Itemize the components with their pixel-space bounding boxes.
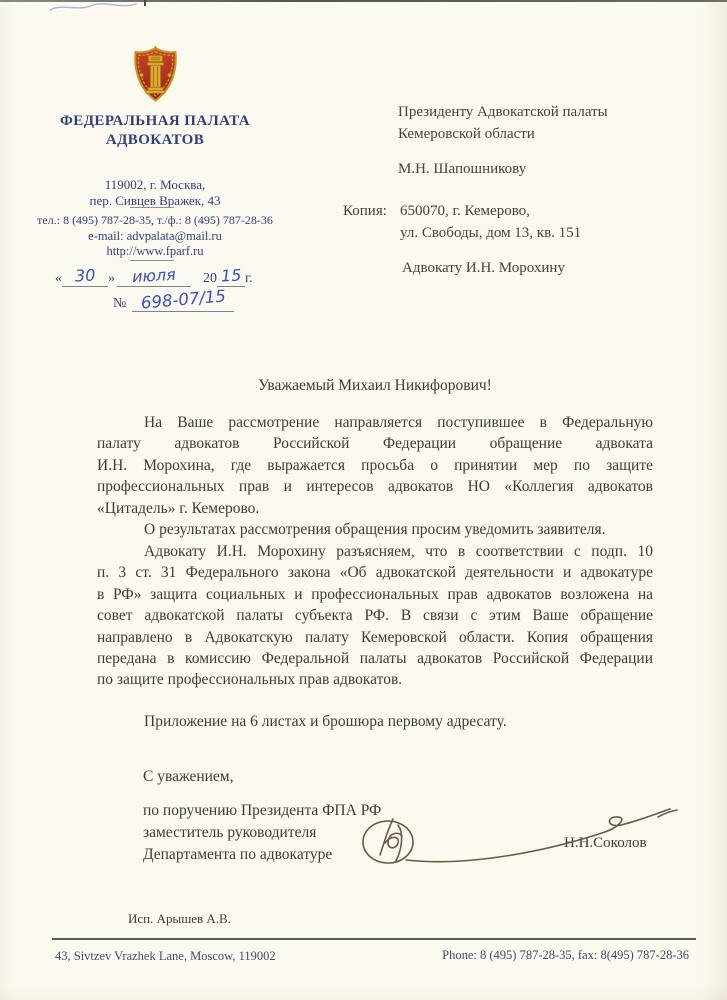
salutation: Уважаемый Михаил Никифорович! (97, 377, 653, 395)
copy-address-line1: 650070, г. Кемерово, (400, 203, 530, 220)
paragraph1-line: «Цитадель» г. Кемерово. (97, 498, 653, 519)
paragraph3-line: в РФ» защита социальных и профессиональн… (97, 584, 653, 605)
signer-title-line3: Департамента по адвокатуре (143, 844, 381, 866)
paragraph1-line: На Ваше рассмотрение направляется поступ… (97, 412, 653, 433)
paragraph3-line: Адвокату И.Н. Морохину разъясняем, что в… (97, 541, 653, 562)
date-day-blank: 30 (62, 266, 108, 287)
executor-line: Исп. Арышев А.В. (128, 911, 231, 927)
date-close-quote: » (108, 271, 115, 287)
footer-phone-en: Phone: 8 (495) 787-28-35, fax: 8(495) 78… (442, 948, 689, 963)
paragraph1-line: И.Н. Морохина, где выражается просьба о … (97, 455, 653, 476)
date-month-blank: июля (117, 266, 191, 287)
recipient-name: М.Н. Шапошникову (398, 161, 526, 178)
paragraph3-line: по защите профессиональных прав адвокато… (97, 669, 653, 690)
handwritten-month: июля (132, 265, 177, 286)
paragraph1-line: палату адвокатов Российской Федерации об… (97, 433, 653, 454)
letterhead-address-line1: 119002, г. Москва, (30, 177, 280, 193)
paragraph3-line: направлено в Адвокатскую палату Кемеровс… (97, 627, 653, 648)
letterhead-contacts: тел.: 8 (495) 787-28-35, т./ф.: 8 (495) … (22, 213, 288, 260)
letterhead-phone: тел.: 8 (495) 787-28-35, т./ф.: 8 (495) … (22, 213, 288, 229)
paragraph1-line: профессиональных прав и интересов адвока… (97, 476, 653, 497)
signature-autograph (358, 803, 680, 881)
footer-address-en: 43, Sivtzev Vrazhek Lane, Moscow, 119002 (55, 949, 276, 964)
date-year-blank: 15 (217, 266, 245, 287)
scan-top-tick (144, 0, 146, 6)
org-name-line1: ФЕДЕРАЛЬНАЯ ПАЛАТА (30, 112, 280, 131)
handwritten-day: 30 (74, 265, 95, 285)
letterhead-divider-bottom (130, 260, 174, 261)
copy-recipient-name: Адвокату И.Н. Морохину (402, 260, 565, 277)
handwritten-number: 698-07/15 (140, 286, 226, 312)
paragraph2-line: О результатах рассмотрения обращения про… (97, 519, 653, 540)
letterhead-email: e-mail: advpalata@mail.ru (22, 229, 288, 245)
copy-address-line2: ул. Свободы, дом 13, кв. 151 (400, 225, 581, 242)
date-year-unit: г. (245, 271, 253, 287)
letterhead-divider-top (130, 207, 174, 208)
letterhead-address: 119002, г. Москва, пер. Сивцев Вражек, 4… (30, 177, 280, 209)
org-name-line2: АДВОКАТОВ (30, 131, 280, 150)
closing-block: С уважением, по поручению Президента ФПА… (143, 768, 381, 866)
pen-scribble-icon (48, 1, 140, 14)
attachment-note: Приложение на 6 листах и брошюра первому… (97, 711, 653, 732)
letter-body: Уважаемый Михаил Никифорович! На Ваше ра… (97, 377, 653, 732)
letterhead-site: http://www.fparf.ru (22, 244, 288, 260)
outgoing-number-line: № 698-07/15 (113, 291, 234, 312)
copy-label: Копия: (343, 203, 387, 220)
number-label: № (113, 296, 126, 312)
scanned-letter-page: ФЕДЕРАЛЬНАЯ ПАЛАТА АДВОКАТОВ 119002, г. … (0, 0, 727, 1000)
signer-title-line1: по поручению Президента ФПА РФ (143, 800, 381, 822)
paragraph3-line: совет адвокатской палаты субъекта РФ. В … (97, 605, 653, 626)
date-open-quote: « (55, 271, 62, 287)
date-year-prefix: 20 (203, 271, 217, 287)
date-line: « 30 » июля 20 15 г. (55, 266, 253, 287)
recipient-title-line2: Кемеровской области (398, 126, 535, 143)
number-blank: 698-07/15 (132, 291, 234, 312)
signer-title-line2: заместитель руководителя (143, 822, 381, 844)
fpa-emblem-icon (132, 45, 179, 103)
handwritten-year: 15 (220, 265, 241, 285)
paragraph3-line: передана в комиссию Федеральной палаты а… (97, 648, 653, 669)
footer-divider (52, 938, 696, 940)
recipient-title-line1: Президенту Адвокатской палаты (398, 104, 608, 121)
paragraph3-line: п. 3 ст. 31 Федерального закона «Об адво… (97, 562, 653, 583)
closing-regards: С уважением, (143, 768, 381, 786)
org-name: ФЕДЕРАЛЬНАЯ ПАЛАТА АДВОКАТОВ (30, 112, 280, 150)
